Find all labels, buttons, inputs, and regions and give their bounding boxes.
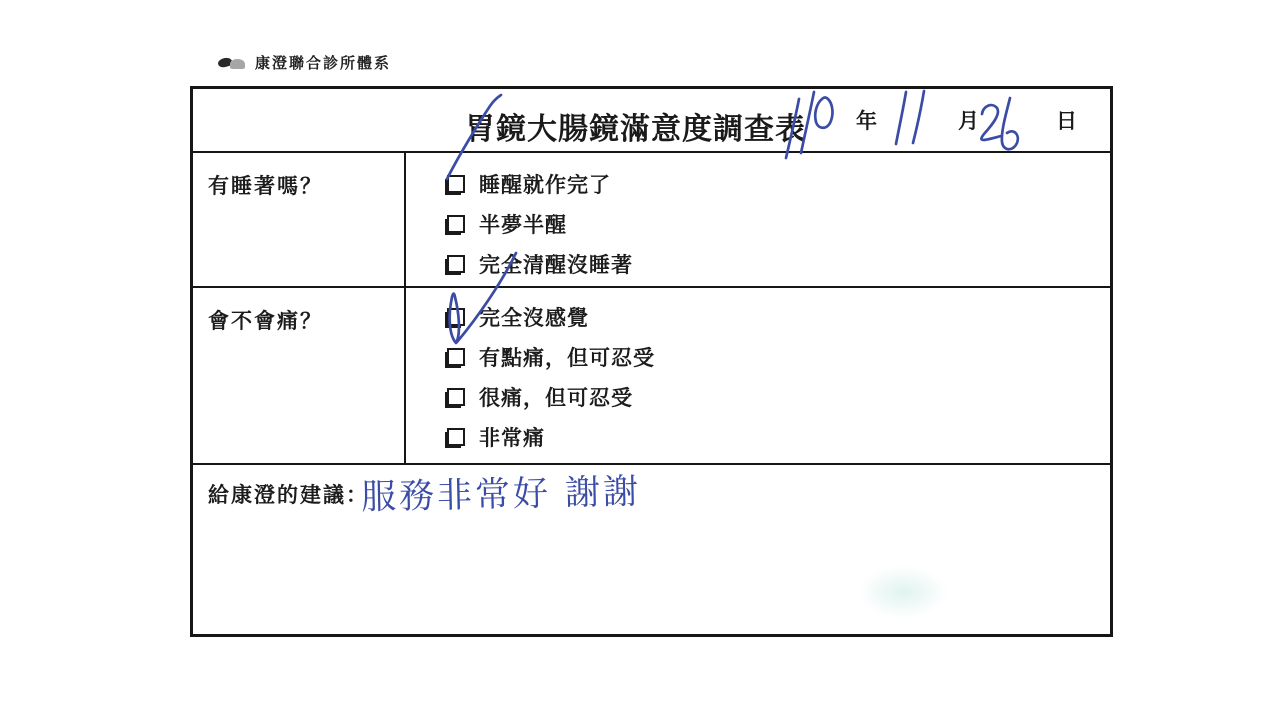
question-cell: 有睡著嗎？ — [193, 153, 406, 286]
checkbox-icon[interactable] — [447, 308, 465, 326]
form-header-row: 胃鏡大腸鏡滿意度調查表 年 月 日 — [193, 89, 1110, 153]
option-label: 很痛，但可忍受 — [479, 382, 633, 412]
checkbox-icon[interactable] — [447, 428, 465, 446]
question-cell: 會不會痛？ — [193, 288, 406, 463]
option-label: 非常痛 — [479, 422, 545, 452]
options-cell: 睡醒就作完了 半夢半醒 完全清醒沒睡著 — [406, 153, 1110, 286]
option-label: 睡醒就作完了 — [479, 169, 611, 199]
option-row: 半夢半醒 — [406, 204, 1110, 244]
checkbox-icon[interactable] — [447, 215, 465, 233]
question-label-pain: 會不會痛？ — [208, 305, 323, 335]
option-row: 完全沒感覺 — [406, 297, 1110, 337]
survey-form-table: 胃鏡大腸鏡滿意度調查表 年 月 日 有睡著嗎？ 睡醒就作完了 半夢半醒 完全清醒… — [190, 86, 1113, 637]
date-day-label: 日 — [1056, 105, 1077, 135]
date-year-label: 年 — [856, 105, 877, 135]
option-label: 完全沒感覺 — [479, 302, 589, 332]
option-row: 非常痛 — [406, 417, 1110, 457]
clinic-logo-text: 康澄聯合診所體系 — [255, 52, 391, 73]
handwritten-suggestion-text: 服務非常好 謝謝 — [361, 464, 642, 520]
suggestion-label: 給康澄的建議： — [208, 479, 369, 509]
question-row-sleep: 有睡著嗎？ 睡醒就作完了 半夢半醒 完全清醒沒睡著 — [193, 153, 1110, 288]
option-row: 很痛，但可忍受 — [406, 377, 1110, 417]
checkbox-icon[interactable] — [447, 348, 465, 366]
date-month-label: 月 — [958, 105, 979, 135]
option-label: 有點痛，但可忍受 — [479, 342, 655, 372]
checkbox-icon[interactable] — [447, 255, 465, 273]
option-row: 完全清醒沒睡著 — [406, 244, 1110, 284]
option-label: 半夢半醒 — [479, 209, 567, 239]
question-row-pain: 會不會痛？ 完全沒感覺 有點痛，但可忍受 很痛，但可忍受 非常痛 — [193, 288, 1110, 465]
option-label: 完全清醒沒睡著 — [479, 249, 633, 279]
checkbox-icon[interactable] — [447, 388, 465, 406]
options-cell: 完全沒感覺 有點痛，但可忍受 很痛，但可忍受 非常痛 — [406, 288, 1110, 463]
clinic-logo-icon — [218, 55, 250, 70]
scan-smudge-artifact — [858, 566, 948, 618]
form-title: 胃鏡大腸鏡滿意度調查表 — [465, 104, 806, 148]
checkbox-icon[interactable] — [447, 175, 465, 193]
clinic-logo: 康澄聯合診所體系 — [218, 52, 391, 73]
question-label-sleep: 有睡著嗎？ — [208, 170, 323, 200]
option-row: 有點痛，但可忍受 — [406, 337, 1110, 377]
option-row: 睡醒就作完了 — [406, 164, 1110, 204]
suggestion-row: 給康澄的建議： 服務非常好 謝謝 — [193, 465, 1110, 635]
